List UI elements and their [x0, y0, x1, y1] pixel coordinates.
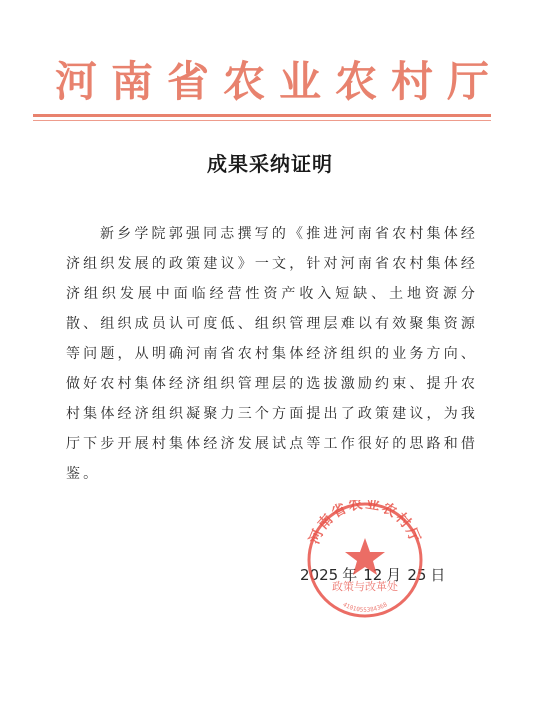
letterhead-char: 农	[220, 54, 268, 110]
letterhead-char: 河	[52, 54, 100, 110]
letterhead-char: 省	[164, 54, 212, 110]
official-seal-icon: 河南省农业农村厅 政策与改革处 4101055384368	[303, 500, 427, 618]
letterhead-char: 厅	[444, 54, 492, 110]
document-body: 新乡学院郭强同志撰写的《推进河南省农村集体经济组织发展的政策建议》一文，针对河南…	[66, 219, 478, 489]
letterhead: 河 南 省 农 业 农 村 厅	[0, 54, 540, 114]
letterhead-char: 村	[388, 54, 436, 110]
letterhead-char: 业	[276, 54, 324, 110]
date-day-unit: 日	[430, 565, 445, 585]
seal-inner-text: 政策与改革处	[332, 579, 398, 593]
document-title: 成果采纳证明	[0, 150, 540, 178]
letterhead-rule-thick	[33, 114, 491, 117]
letterhead-char: 南	[108, 54, 156, 110]
letterhead-char: 农	[332, 54, 380, 110]
letterhead-rule-thin	[33, 120, 491, 121]
letterhead-title: 河 南 省 农 业 农 村 厅	[52, 54, 492, 110]
